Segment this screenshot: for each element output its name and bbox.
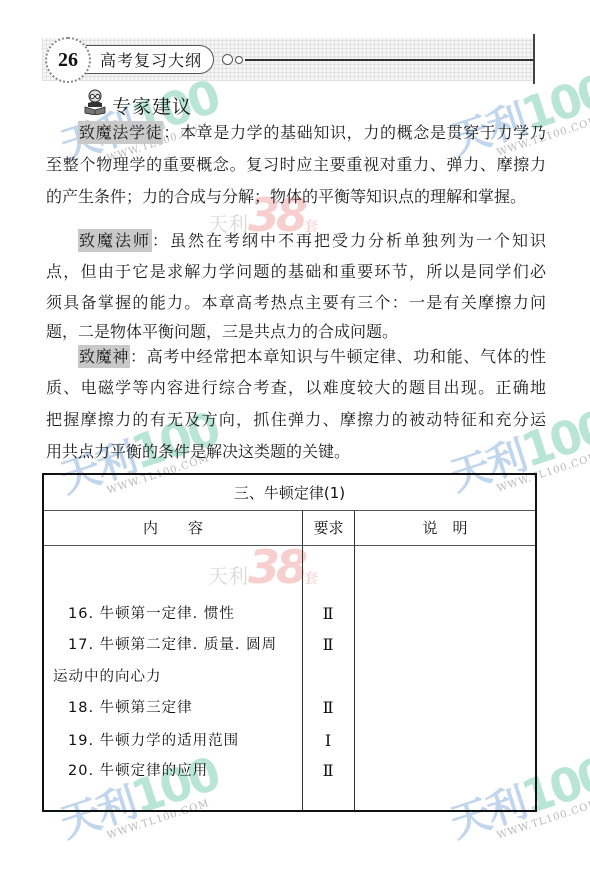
syllabus-table: 三、牛顿定律(1) 内 容 要求 说 明 16. 牛顿第一定律. 惯性 Ⅱ 17… [42, 473, 537, 812]
column-header-notes: 说 明 [355, 511, 535, 545]
row-requirement: Ⅱ [303, 756, 354, 786]
audience-label: 致魔法师 [78, 229, 152, 252]
row-content: 20. 牛顿定律的应用 [68, 756, 208, 786]
paragraph-line: 致魔法学徒：本章是力学的基础知识，力的概念是贯穿于力学乃 [78, 117, 546, 149]
label-separator: ： [163, 123, 180, 142]
ring-ornament-icon [222, 54, 233, 65]
row-content: 17. 牛顿第二定律. 质量. 圆周 [68, 630, 277, 660]
paragraph-text: 虽然在考纲中不再把受力分析单独列为一个知识 [170, 231, 546, 250]
row-content: 运动中的向心力 [53, 662, 162, 692]
page-number: 26 [45, 37, 91, 83]
paragraph-line: 用共点力平衡的条件是解决这类题的关键。 [46, 436, 546, 468]
table-row: 16. 牛顿第一定律. 惯性 Ⅱ [44, 599, 535, 629]
paragraph-line: 质、电磁学等内容进行综合考查，以难度较大的题目出现。正确地 [46, 372, 546, 404]
book-title: 高考复习大纲 [78, 45, 214, 74]
table-row: 18. 牛顿第三定律 Ⅱ [44, 693, 535, 723]
label-separator: ： [152, 231, 170, 250]
row-content: 18. 牛顿第三定律 [68, 693, 193, 723]
paragraph-text: 高考中经常把本章知识与牛顿定律、功和能、气体的性 [147, 347, 546, 366]
ring-ornament-icon [235, 56, 243, 64]
column-header-content: 内 容 [44, 511, 302, 545]
audience-label: 致魔神 [78, 345, 130, 368]
table-header-row: 内 容 要求 说 明 [44, 511, 535, 546]
row-requirement: Ⅱ [303, 630, 354, 660]
table-title: 三、牛顿定律(1) [44, 475, 535, 511]
paragraph-line: 致魔神：高考中经常把本章知识与牛顿定律、功和能、气体的性 [78, 341, 546, 373]
header-rule [245, 59, 534, 61]
section-title: 专家建议 [112, 92, 192, 119]
table-row: 20. 牛顿定律的应用 Ⅱ [44, 756, 535, 786]
paragraph-line: 致魔法师：虽然在考纲中不再把受力分析单独列为一个知识 [78, 225, 546, 257]
table-row: 17. 牛顿第二定律. 质量. 圆周 Ⅱ [44, 630, 535, 660]
row-content: 19. 牛顿力学的适用范围 [68, 726, 239, 756]
column-header-requirement: 要求 [303, 511, 354, 545]
paragraph-line: 的产生条件；力的合成与分解；物体的平衡等知识点的理解和掌握。 [46, 181, 546, 213]
table-row-continuation: 运动中的向心力 [44, 662, 535, 692]
audience-label: 致魔法学徒 [78, 121, 163, 144]
paragraph-line: 点，但由于它是求解力学问题的基础和重要环节，所以是同学们必 [46, 256, 546, 288]
row-requirement: Ⅱ [303, 599, 354, 629]
row-requirement: Ⅰ [303, 726, 354, 756]
row-requirement: Ⅱ [303, 693, 354, 723]
paragraph-line: 须具备掌握的能力。本章高考热点主要有三个：一是有关摩擦力问 [46, 287, 546, 319]
paragraph-text: 本章是力学的基础知识，力的概念是贯穿于力学乃 [180, 123, 546, 142]
paragraph-line: 把握摩擦力的有无及方向，抓住弹力、摩擦力的被动特征和充分运 [46, 404, 546, 436]
paragraph-line: 至整个物理学的重要概念。复习时应主要重视对重力、弹力、摩擦力 [46, 149, 546, 181]
table-row: 19. 牛顿力学的适用范围 Ⅰ [44, 726, 535, 756]
row-content: 16. 牛顿第一定律. 惯性 [68, 599, 235, 629]
expert-reader-icon [84, 89, 106, 115]
label-separator: ： [130, 347, 147, 366]
